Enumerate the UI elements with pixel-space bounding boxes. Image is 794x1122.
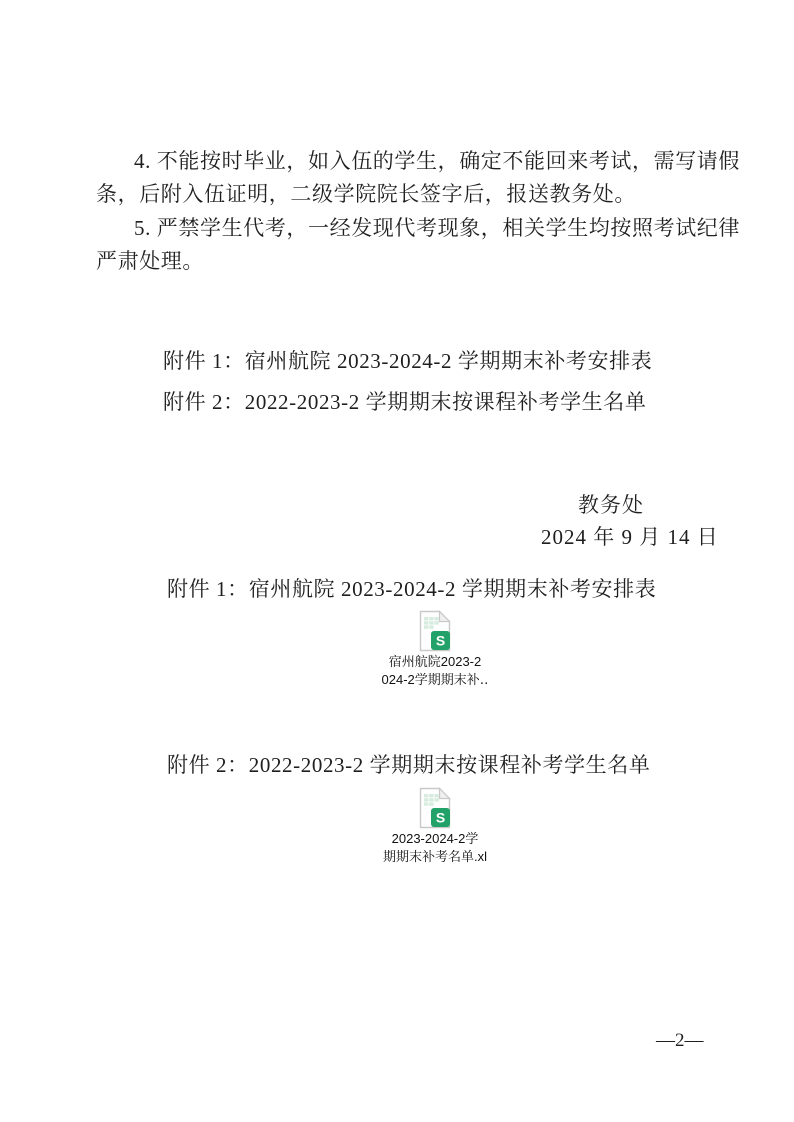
signature-department: 教务处 xyxy=(578,489,644,519)
spreadsheet-file-icon[interactable]: S xyxy=(417,787,453,829)
s-badge-letter: S xyxy=(436,810,445,826)
page-number: —2— xyxy=(656,1030,704,1052)
attachment-list-item-2: 附件 2：2022-2023-2 学期期末按课程补考学生名单 xyxy=(163,389,647,416)
file-2-label-line-1[interactable]: 2023-2024-2学 xyxy=(355,830,515,848)
signature-date: 2024 年 9 月 14 日 xyxy=(541,521,719,551)
attachment-1-heading: 附件 1：宿州航院 2023-2024-2 学期期末补考安排表 xyxy=(167,576,656,603)
paragraph-4-line-1: 4. 不能按时毕业，如入伍的学生，确定不能回来考试，需写请假 xyxy=(134,148,740,175)
paragraph-5-line-1: 5. 严禁学生代考，一经发现代考现象，相关学生均按照考试纪律 xyxy=(134,215,740,242)
file-1-label-line-1[interactable]: 宿州航院2023-2 xyxy=(355,653,515,671)
s-badge-letter: S xyxy=(436,633,445,649)
paragraph-5-line-2: 严肃处理。 xyxy=(96,248,204,275)
embedded-file-2[interactable]: S 2023-2024-2学 期期末补考名单.xl xyxy=(355,787,515,866)
paragraph-4-line-2: 条，后附入伍证明，二级学院院长签字后，报送教务处。 xyxy=(96,181,636,208)
embedded-file-1[interactable]: S 宿州航院2023-2 024-2学期期末补‥ xyxy=(355,610,515,689)
attachment-2-heading: 附件 2：2022-2023-2 学期期末按课程补考学生名单 xyxy=(167,752,651,779)
document-page: 4. 不能按时毕业，如入伍的学生，确定不能回来考试，需写请假 条，后附入伍证明，… xyxy=(0,0,794,1122)
file-1-label-line-2[interactable]: 024-2学期期末补‥ xyxy=(355,671,515,689)
attachment-list-item-1: 附件 1：宿州航院 2023-2024-2 学期期末补考安排表 xyxy=(163,348,652,375)
spreadsheet-file-icon[interactable]: S xyxy=(417,610,453,652)
file-2-label-line-2[interactable]: 期期末补考名单.xl xyxy=(355,848,515,866)
